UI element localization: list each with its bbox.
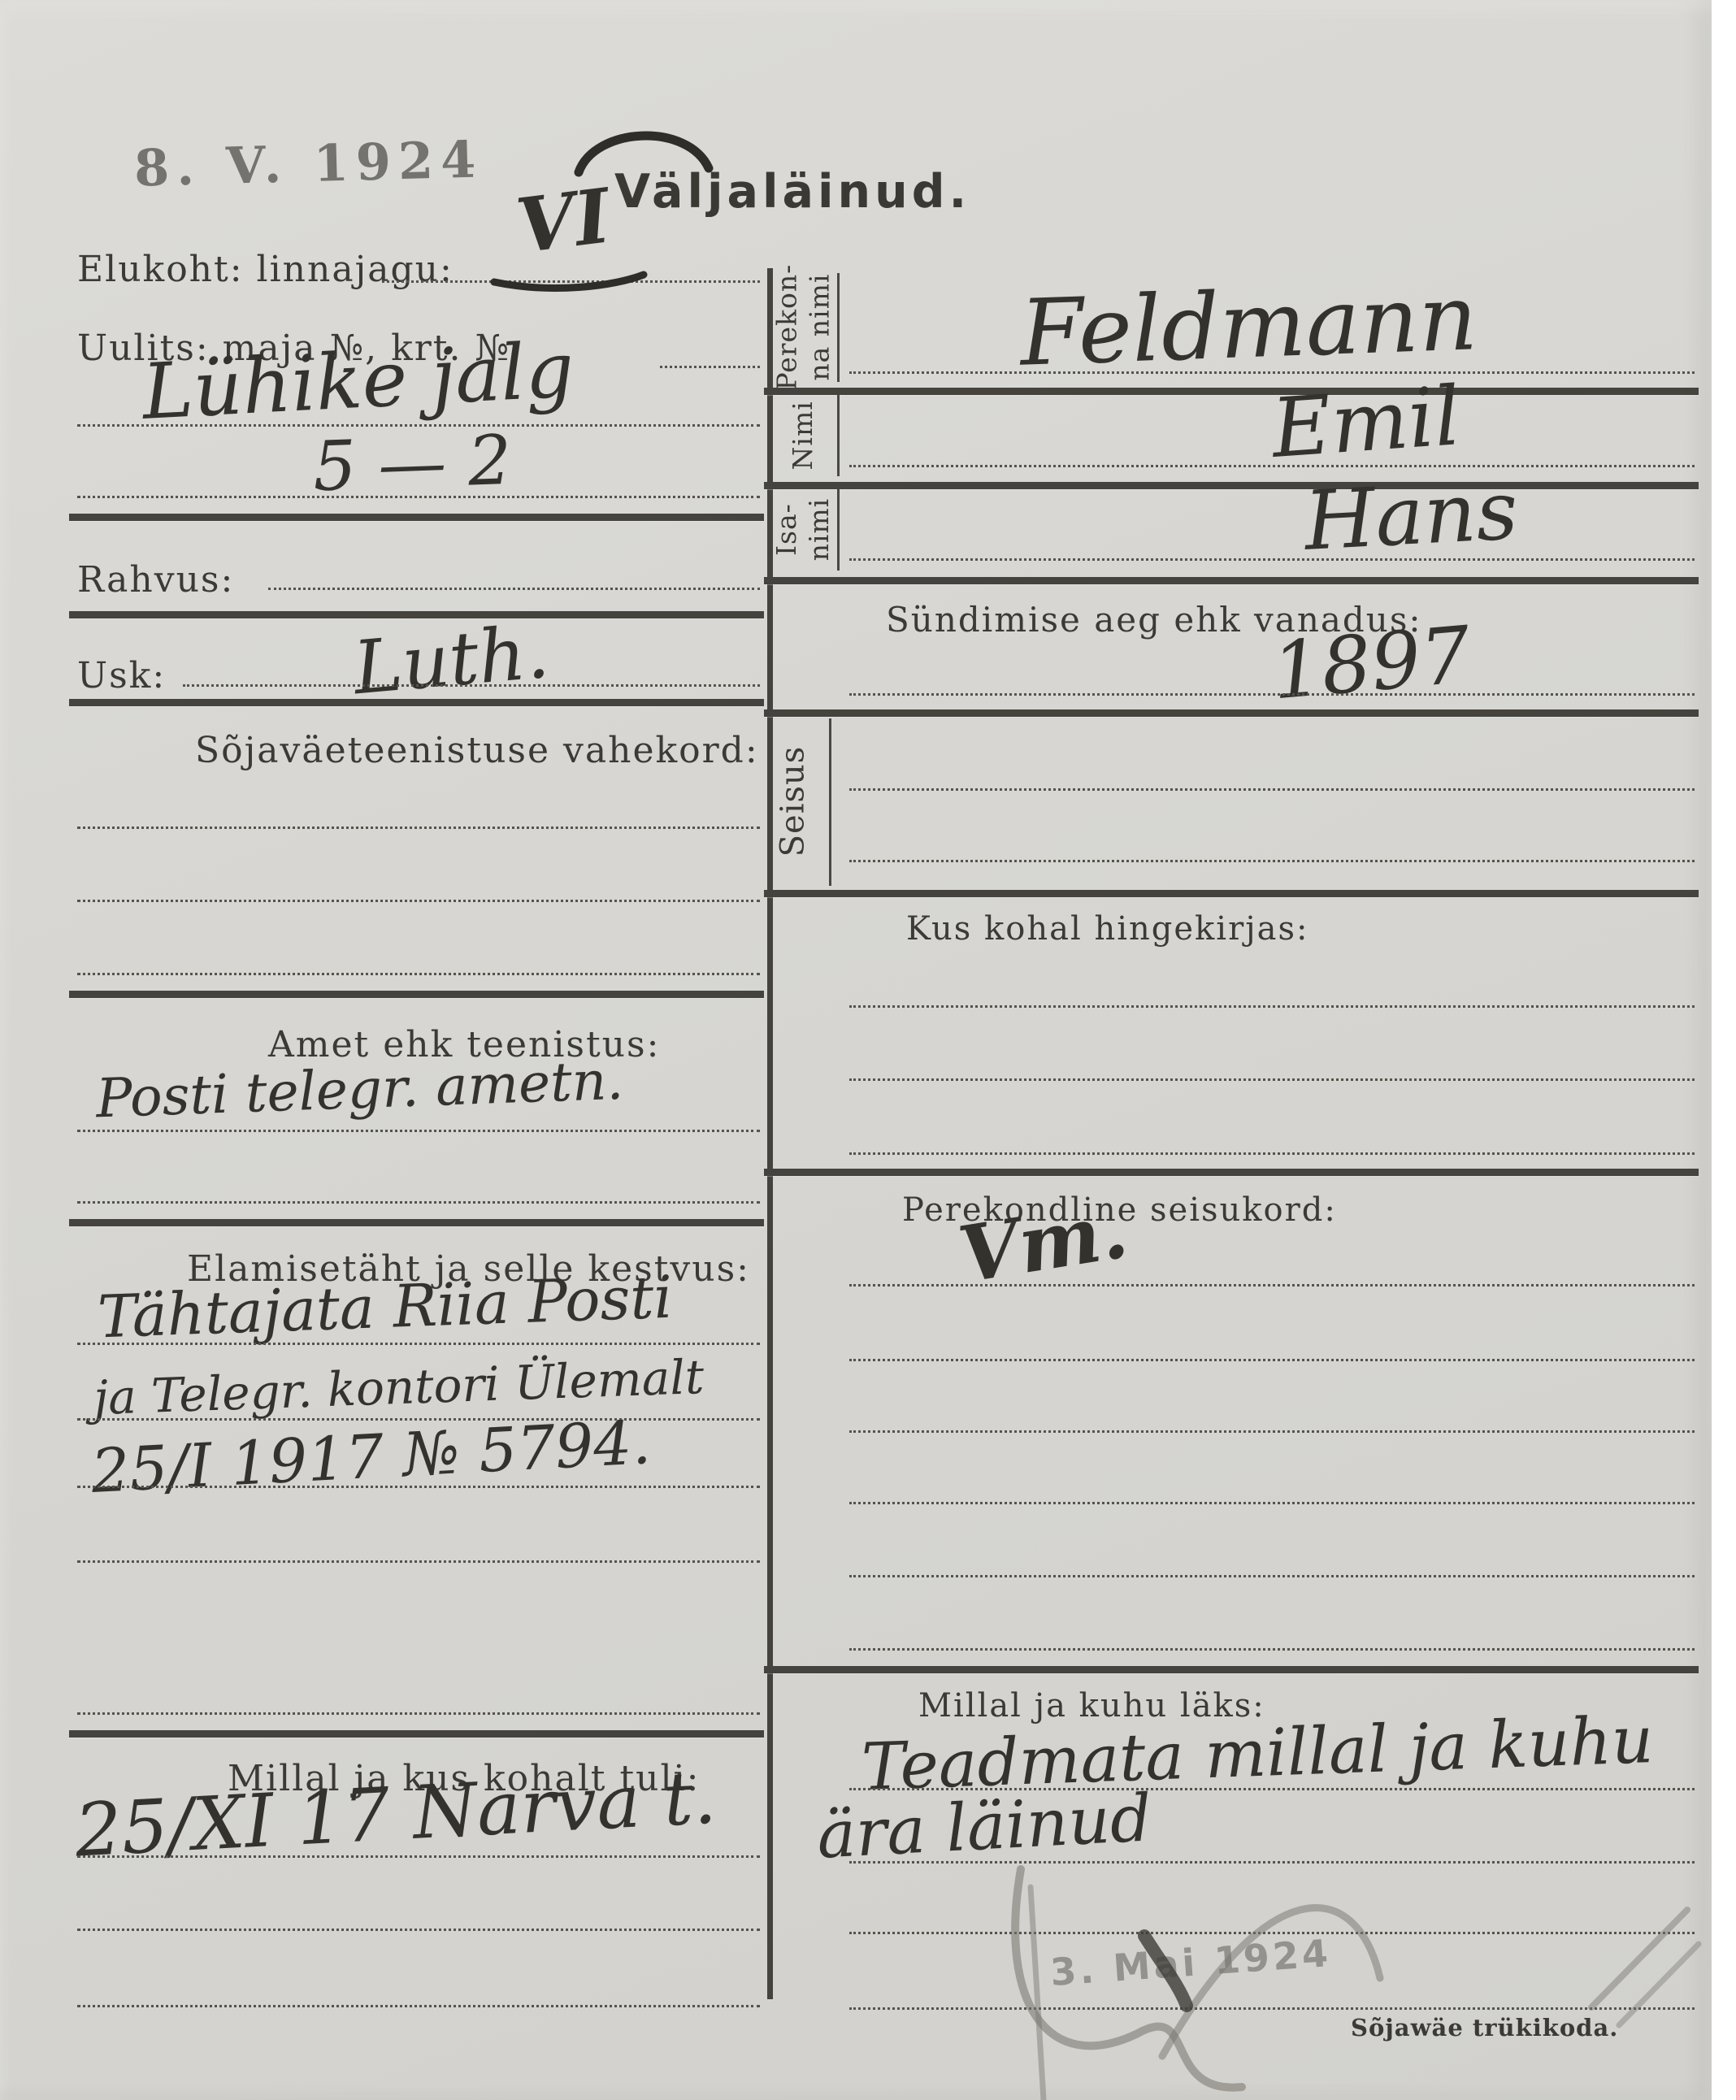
dotted-line — [382, 280, 760, 283]
rule-line — [764, 577, 1699, 584]
rule-line — [764, 1666, 1699, 1673]
rule-line — [764, 1169, 1699, 1176]
dotted-line — [849, 465, 1695, 467]
dotted-line — [77, 1201, 760, 1204]
departure-handwritten-line2: ära läinud — [815, 1785, 1153, 1868]
firstname-handwritten-value: Emil — [1269, 375, 1463, 470]
house-flat-handwritten-value: 5 — 2 — [312, 426, 513, 501]
dotted-line — [77, 1712, 760, 1715]
dotted-line — [849, 1932, 1695, 1934]
rule-line — [764, 388, 1699, 395]
dotted-line — [77, 827, 760, 829]
dotted-line — [849, 1648, 1695, 1651]
rule-line — [764, 709, 1699, 717]
status-vertical-label: Seisus — [752, 715, 833, 887]
rule-line — [69, 611, 764, 618]
military-service-label: Sõjaväeteenistuse vahekord: — [195, 730, 759, 771]
dotted-line — [849, 1284, 1695, 1286]
dotted-line — [849, 1861, 1695, 1864]
rule-line — [69, 514, 764, 521]
patronymic-vertical-label: Isa- nimi — [760, 486, 845, 574]
dotted-line — [849, 2007, 1695, 2010]
label-separator-line — [837, 395, 840, 476]
dotted-line — [849, 1005, 1695, 1008]
dotted-line — [849, 558, 1695, 561]
dotted-line — [77, 1929, 760, 1931]
rule-line — [69, 699, 764, 706]
rule-line — [69, 991, 764, 998]
dotted-line — [849, 1502, 1695, 1504]
nationality-label: Rahvus: — [77, 559, 234, 601]
dotted-line — [849, 1575, 1695, 1577]
dotted-line — [77, 900, 760, 902]
dotted-line — [849, 788, 1695, 791]
rule-line — [764, 890, 1699, 897]
dotted-line — [77, 1855, 760, 1858]
surname-handwritten-value: Feldmann — [1018, 272, 1478, 380]
dotted-line — [77, 1486, 760, 1488]
firstname-label: Nimi — [787, 401, 819, 470]
street-handwritten-value: Lühike jalg — [141, 332, 576, 432]
dotted-line — [849, 1078, 1695, 1081]
district-handwritten-value: VI — [513, 178, 614, 263]
dotted-line — [660, 366, 760, 368]
dotted-line — [77, 1560, 760, 1563]
printer-imprint: Sõjawäe trükikoda. — [1351, 2014, 1618, 2041]
dotted-line — [77, 2005, 760, 2007]
firstname-vertical-label: Nimi — [760, 392, 845, 479]
dotted-line — [849, 371, 1695, 374]
parish-register-label: Kus kohal hingekirjas: — [906, 910, 1309, 948]
rule-line — [764, 482, 1699, 489]
dotted-line — [849, 860, 1695, 862]
dotted-line — [849, 693, 1695, 696]
dotted-line — [849, 1359, 1695, 1361]
rule-line — [69, 1219, 764, 1226]
label-separator-line — [829, 718, 831, 886]
dotted-line — [77, 1343, 760, 1345]
dotted-line — [849, 1152, 1695, 1155]
religion-handwritten-value: Luth. — [351, 616, 552, 706]
religion-label: Usk: — [77, 655, 166, 696]
surname-label-line1: Perekon- — [770, 264, 803, 391]
label-separator-line — [837, 489, 840, 571]
surname-label-line2: na nimi — [803, 264, 835, 391]
received-date-stamp: 8. V. 1924 — [133, 129, 484, 197]
patronymic-handwritten-value: Hans — [1303, 470, 1520, 562]
rule-line — [69, 1730, 764, 1738]
dotted-line — [849, 1430, 1695, 1433]
patronymic-label-line2: nimi — [803, 498, 835, 562]
label-separator-line — [837, 273, 840, 382]
form-title: Väljaläinud. — [614, 165, 970, 219]
patronymic-label-line1: Isa- — [770, 498, 803, 562]
dotted-line — [77, 973, 760, 975]
dotted-line — [77, 496, 760, 498]
status-label: Seisus — [773, 746, 812, 857]
residence-label: Elukoht: linnajagu: — [77, 249, 454, 290]
dotted-line — [77, 1130, 760, 1132]
dotted-line — [268, 588, 760, 590]
surname-vertical-label: Perekon- na nimi — [760, 271, 845, 384]
birthdate-handwritten-value: 1897 — [1269, 616, 1473, 711]
dotted-line — [183, 684, 760, 687]
